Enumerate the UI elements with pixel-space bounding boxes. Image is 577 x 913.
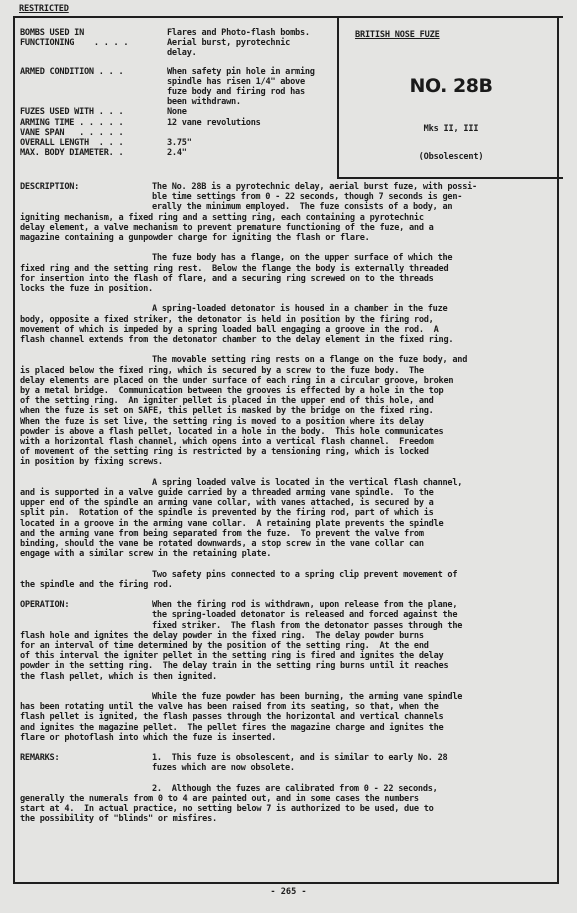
text-line: start at 4. In actual practice, no setti… xyxy=(20,804,555,814)
text-line: delay elements are placed on the under s… xyxy=(20,376,555,386)
fuze-model-number: NO. 28B xyxy=(339,75,563,97)
description-paragraph: DESCRIPTION:The No. 28B is a pyrotechnic… xyxy=(20,182,555,243)
operation-paragraph: While the fuze powder has been burning, … xyxy=(20,692,555,743)
text-line: movement of which is impeded by a spring… xyxy=(20,325,555,335)
spec-label: OVERALL LENGTH . . . xyxy=(20,138,167,148)
text-line: body, opposite a fixed striker, the deto… xyxy=(20,315,555,325)
description-paragraph: A spring loaded valve is located in the … xyxy=(20,478,555,560)
text-line: by a metal bridge. Communication between… xyxy=(20,386,555,396)
remarks-heading: REMARKS: xyxy=(20,753,152,773)
text-line: The No. 28B is a pyrotechnic delay, aeri… xyxy=(152,182,555,192)
spec-functioning: FUNCTIONING . . . . Aerial burst, pyrote… xyxy=(20,38,340,58)
spec-value-line: been withdrawn. xyxy=(167,97,241,107)
text-line: 2. Although the fuzes are calibrated fro… xyxy=(152,784,555,794)
description-heading: DESCRIPTION: xyxy=(20,182,152,213)
text-line: erally the minimum employed. The fuze co… xyxy=(152,202,555,212)
paragraph-indent xyxy=(20,692,152,702)
text-line: has been rotating until the valve has be… xyxy=(20,702,555,712)
spec-overall-length: OVERALL LENGTH . . . 3.75" xyxy=(20,138,340,148)
text-line: While the fuze powder has been burning, … xyxy=(152,692,555,702)
spec-label: FUZES USED WITH . . . xyxy=(20,107,167,117)
text-line: and ignites the magazine pellet. The pel… xyxy=(20,723,555,733)
spec-value: 3.75" xyxy=(167,138,340,148)
spec-value-line: Aerial burst, pyrotechnic xyxy=(167,38,290,48)
text-line: for an interval of time determined by th… xyxy=(20,641,555,651)
description-paragraph: A spring-loaded detonator is housed in a… xyxy=(20,304,555,345)
text-line: When the firing rod is withdrawn, upon r… xyxy=(152,600,555,610)
spec-value-line: delay. xyxy=(167,48,197,58)
text-line: Two safety pins connected to a spring cl… xyxy=(152,570,555,580)
text-line: of this interval the igniter pellet in t… xyxy=(20,651,555,661)
spec-bombs-used-in: BOMBS USED IN Flares and Photo-flash bom… xyxy=(20,28,340,38)
page-number: - 265 - xyxy=(0,887,577,897)
fuze-status: (Obsolescent) xyxy=(339,152,563,162)
text-line: A spring loaded valve is located in the … xyxy=(152,478,555,488)
spec-value: When safety pin hole in armingspindle ha… xyxy=(167,67,340,108)
body-text: DESCRIPTION:The No. 28B is a pyrotechnic… xyxy=(20,182,555,835)
text-line: flash hole and ignites the delay powder … xyxy=(20,631,555,641)
spec-label: VANE SPAN . . . . . xyxy=(20,128,167,138)
spec-table: BOMBS USED IN Flares and Photo-flash bom… xyxy=(20,28,340,158)
description-paragraph: The fuze body has a flange, on the upper… xyxy=(20,253,555,294)
spec-label: FUNCTIONING . . . . xyxy=(20,38,167,58)
spec-max-body-diameter: MAX. BODY DIAMETER. . 2.4" xyxy=(20,148,340,158)
text-line: 1. This fuze is obsolescent, and is simi… xyxy=(152,753,555,763)
spec-value: Aerial burst, pyrotechnicdelay. xyxy=(167,38,340,58)
text-line: engage with a similar screw in the retai… xyxy=(20,549,555,559)
text-line: located in a groove in the arming vane c… xyxy=(20,519,555,529)
operation-heading: OPERATION: xyxy=(20,600,152,631)
remarks-paragraph: REMARKS:1. This fuze is obsolescent, and… xyxy=(20,753,555,773)
text-line: powder in the setting ring. The delay tr… xyxy=(20,661,555,671)
spec-label: BOMBS USED IN xyxy=(20,28,167,38)
text-line: flare or photoflash into which the fuze … xyxy=(20,733,555,743)
spec-value xyxy=(167,128,340,138)
spec-fuzes-used-with: FUZES USED WITH . . . None xyxy=(20,107,340,117)
fuze-category: BRITISH NOSE FUZE xyxy=(355,30,440,40)
operation-paragraph: OPERATION:When the firing rod is withdra… xyxy=(20,600,555,682)
text-line: generally the numerals from 0 to 4 are p… xyxy=(20,794,555,804)
fuze-id-box: BRITISH NOSE FUZE NO. 28B Mks II, III (O… xyxy=(337,16,563,179)
document-frame: BOMBS USED IN Flares and Photo-flash bom… xyxy=(13,16,559,884)
text-line: The fuze body has a flange, on the upper… xyxy=(152,253,555,263)
text-line: fixed ring and the setting ring rest. Be… xyxy=(20,264,555,274)
spec-value: 2.4" xyxy=(167,148,340,158)
text-line: for insertion into the flash of flare, a… xyxy=(20,274,555,284)
spec-vane-span: VANE SPAN . . . . . xyxy=(20,128,340,138)
text-line: The movable setting ring rests on a flan… xyxy=(152,355,555,365)
text-line: igniting mechanism, a fixed ring and a s… xyxy=(20,213,555,223)
text-line: when the fuze is set on SAFE, this pelle… xyxy=(20,406,555,416)
spec-label: ARMED CONDITION . . . xyxy=(20,67,167,108)
text-line: split pin. Rotation of the spindle is pr… xyxy=(20,508,555,518)
text-line: and is supported in a valve guide carrie… xyxy=(20,488,555,498)
spec-value: 12 vane revolutions xyxy=(167,118,340,128)
spec-value: Flares and Photo-flash bombs. xyxy=(167,28,340,38)
text-line: and the arming vane from being separated… xyxy=(20,529,555,539)
spec-armed-condition: ARMED CONDITION . . . When safety pin ho… xyxy=(20,67,340,108)
paragraph-indent xyxy=(20,570,152,580)
fuze-marks: Mks II, III xyxy=(339,124,563,134)
text-line: the flash pellet, which is then ignited. xyxy=(20,672,555,682)
text-line: powder is above a flash pellet, located … xyxy=(20,427,555,437)
text-line: When the fuze is set live, the setting r… xyxy=(20,417,555,427)
text-line: locks the fuze in position. xyxy=(20,284,555,294)
text-line: the possibility of "blinds" or misfires. xyxy=(20,814,555,824)
text-line: fuzes which are now obsolete. xyxy=(152,763,555,773)
paragraph-indent xyxy=(20,253,152,263)
paragraph-indent xyxy=(20,478,152,488)
text-line: the spindle and the firing rod. xyxy=(20,580,555,590)
spec-value: None xyxy=(167,107,340,117)
text-line: fixed striker. The flash from the detona… xyxy=(152,621,555,631)
text-line: upper end of the spindle an arming vane … xyxy=(20,498,555,508)
text-line: magazine containing a gunpowder charge f… xyxy=(20,233,555,243)
paragraph-indent xyxy=(20,304,152,314)
spec-arming-time: ARMING TIME . . . . . 12 vane revolution… xyxy=(20,118,340,128)
text-line: of the setting ring. An igniter pellet i… xyxy=(20,396,555,406)
text-line: the spring-loaded detonator is released … xyxy=(152,610,555,620)
text-line: of movement of the setting ring is restr… xyxy=(20,447,555,457)
spec-value-line: spindle has risen 1/4" above xyxy=(167,77,305,87)
paragraph-indent xyxy=(20,355,152,365)
text-line: in position by fixing screws. xyxy=(20,457,555,467)
description-paragraph: Two safety pins connected to a spring cl… xyxy=(20,570,555,590)
paragraph-indent xyxy=(20,784,152,794)
remarks-paragraph: 2. Although the fuzes are calibrated fro… xyxy=(20,784,555,825)
spec-value-line: fuze body and firing rod has xyxy=(167,87,305,97)
spec-label: ARMING TIME . . . . . xyxy=(20,118,167,128)
spec-value-line: When safety pin hole in arming xyxy=(167,67,315,77)
text-line: binding, should the vane be rotated down… xyxy=(20,539,555,549)
text-line: ble time settings from 0 - 22 seconds, t… xyxy=(152,192,555,202)
text-line: with a horizontal flash channel, which o… xyxy=(20,437,555,447)
classification-marking: RESTRICTED xyxy=(19,4,69,14)
description-paragraph: The movable setting ring rests on a flan… xyxy=(20,355,555,467)
spec-label: MAX. BODY DIAMETER. . xyxy=(20,148,167,158)
text-line: delay element, a valve mechanism to prev… xyxy=(20,223,555,233)
text-line: A spring-loaded detonator is housed in a… xyxy=(152,304,555,314)
text-line: flash pellet is ignited, the flash passe… xyxy=(20,712,555,722)
text-line: flash channel extends from the detonator… xyxy=(20,335,555,345)
text-line: is placed below the fixed ring, which is… xyxy=(20,366,555,376)
